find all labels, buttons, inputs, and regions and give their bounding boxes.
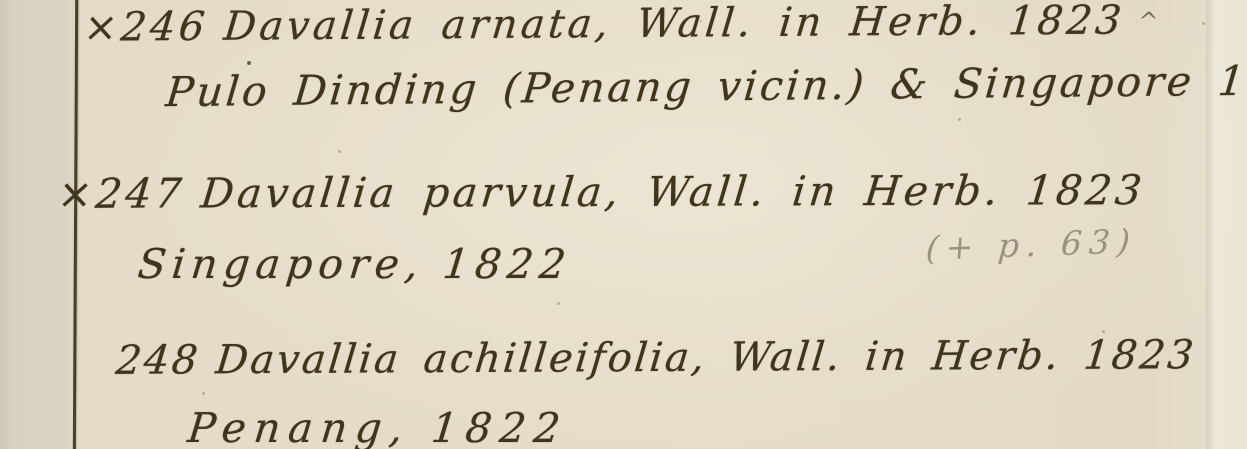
entry-247-locality-line: Singapore, 1822 xyxy=(138,244,572,285)
entry-247-pencil-annotation-line: (+ p. 63) xyxy=(925,224,1137,264)
entry-247-title-line: ×247Davallia parvula, Wall. in Herb. 182… xyxy=(58,170,1145,215)
entry-247-pencil-note: (+ p. 63) xyxy=(925,224,1138,264)
paper-speckle xyxy=(557,302,560,305)
left-margin-column xyxy=(0,0,74,449)
entry-248-locality: Penang, 1822 xyxy=(186,408,570,449)
entry-247-number: ×247 xyxy=(56,173,187,214)
entry-247-name: Davallia parvula, Wall. in Herb. 1823 xyxy=(199,170,1147,214)
entry-246-locality-line: Pulo Dinding (Penang vicin.) & Singapore… xyxy=(166,60,1247,113)
entry-248-title-line: 248Davallia achilleifolia, Wall. in Herb… xyxy=(116,335,1196,381)
entry-247-locality: Singapore, 1822 xyxy=(136,244,574,285)
paper-speckle xyxy=(958,118,961,121)
entry-246-locality: Pulo Dinding (Penang vicin.) & Singapore… xyxy=(164,60,1247,113)
entry-248-locality-line: Penang, 1822 xyxy=(188,408,568,449)
paper-speckle xyxy=(202,392,205,395)
entry-246-name: Davallia arnata, Wall. in Herb. 1823 xyxy=(222,0,1126,46)
entry-246-title-line: ×246Davallia arnata, Wall. in Herb. 1823… xyxy=(84,0,1162,48)
paper-speckle xyxy=(338,150,341,153)
entry-246-number: ×246 xyxy=(82,7,210,48)
paper-speckle xyxy=(1202,22,1205,25)
entry-246-caret-mark: ^ xyxy=(1137,9,1163,33)
entry-248-name: Davallia achilleifolia, Wall. in Herb. 1… xyxy=(214,335,1198,380)
manuscript-page: ×246Davallia arnata, Wall. in Herb. 1823… xyxy=(0,0,1247,449)
entry-248-number: 248 xyxy=(114,340,202,380)
ink-speck xyxy=(247,61,251,65)
